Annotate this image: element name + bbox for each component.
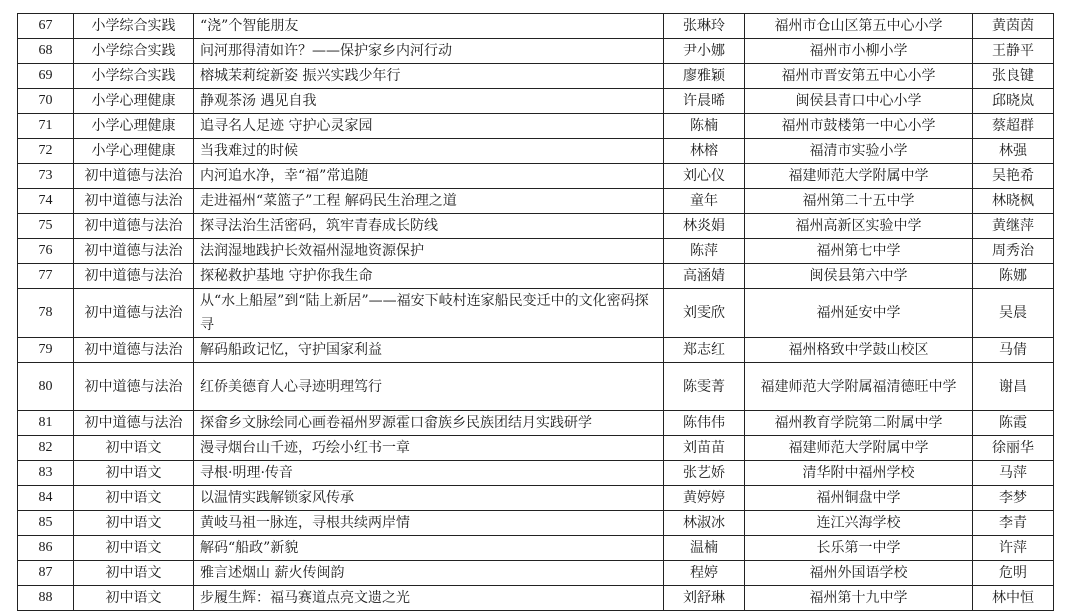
cell-subject: 初中语文	[74, 586, 194, 611]
cell-title: 以温情实践解锁家风传承	[194, 486, 664, 511]
cell-mentor: 王静平	[973, 39, 1054, 64]
table-row: 77 初中道德与法治 探秘救护基地 守护你我生命 高涵婧 闽侯县第六中学 陈娜	[18, 264, 1054, 289]
cell-author: 刘舒琳	[664, 586, 745, 611]
cell-author: 刘心仪	[664, 164, 745, 189]
cell-mentor: 黄继萍	[973, 214, 1054, 239]
cell-author: 陈雯菁	[664, 363, 745, 411]
cell-title: 探秘救护基地 守护你我生命	[194, 264, 664, 289]
cell-subject: 初中道德与法治	[74, 363, 194, 411]
cell-number: 82	[18, 436, 74, 461]
cell-author: 林淑冰	[664, 511, 745, 536]
cell-number: 71	[18, 114, 74, 139]
table-row: 73 初中道德与法治 内河追水净，幸“福”常追随 刘心仪 福建师范大学附属中学 …	[18, 164, 1054, 189]
cell-author: 童年	[664, 189, 745, 214]
cell-author: 陈萍	[664, 239, 745, 264]
cell-mentor: 林晓枫	[973, 189, 1054, 214]
cell-title: 内河追水净，幸“福”常追随	[194, 164, 664, 189]
table-row: 85 初中语文 黄岐马祖一脉连，寻根共续两岸情 林淑冰 连江兴海学校 李青	[18, 511, 1054, 536]
table-row: 87 初中语文 雅言述烟山 薪火传闽韵 程婷 福州外国语学校 危明	[18, 561, 1054, 586]
table-row: 79 初中道德与法治 解码船政记忆，守护国家利益 郑志红 福州格致中学鼓山校区 …	[18, 338, 1054, 363]
table-row: 76 初中道德与法治 法润湿地践护长效福州湿地资源保护 陈萍 福州第七中学 周秀…	[18, 239, 1054, 264]
table-row: 83 初中语文 寻根·明理·传音 张艺娇 清华附中福州学校 马萍	[18, 461, 1054, 486]
cell-author: 温楠	[664, 536, 745, 561]
cell-school: 福州格致中学鼓山校区	[745, 338, 973, 363]
cell-number: 75	[18, 214, 74, 239]
cell-title: 漫寻烟台山千迹，巧绘小红书一章	[194, 436, 664, 461]
cell-title: 问河那得清如许？——保护家乡内河行动	[194, 39, 664, 64]
cell-number: 80	[18, 363, 74, 411]
cell-title: 静观茶汤 遇见自我	[194, 89, 664, 114]
cell-mentor: 林强	[973, 139, 1054, 164]
cell-school: 福州市鼓楼第一中心小学	[745, 114, 973, 139]
cell-mentor: 黄茵茵	[973, 14, 1054, 39]
cell-school: 福州延安中学	[745, 289, 973, 338]
cell-school: 福建师范大学附属中学	[745, 164, 973, 189]
cell-subject: 初中道德与法治	[74, 239, 194, 264]
cell-subject: 初中道德与法治	[74, 214, 194, 239]
cell-title: 追寻名人足迹 守护心灵家园	[194, 114, 664, 139]
cell-title: 解码“船政”新貌	[194, 536, 664, 561]
table-row: 74 初中道德与法治 走进福州“菜篮子”工程 解码民生治理之道 童年 福州第二十…	[18, 189, 1054, 214]
cell-school: 福州市仓山区第五中心小学	[745, 14, 973, 39]
cell-number: 72	[18, 139, 74, 164]
cell-school: 清华附中福州学校	[745, 461, 973, 486]
table-row: 72 小学心理健康 当我难过的时候 林榕 福清市实验小学 林强	[18, 139, 1054, 164]
cell-number: 70	[18, 89, 74, 114]
cell-author: 刘雯欣	[664, 289, 745, 338]
cell-author: 程婷	[664, 561, 745, 586]
cell-subject: 小学心理健康	[74, 139, 194, 164]
cell-school: 福州市晋安第五中心小学	[745, 64, 973, 89]
table-row: 71 小学心理健康 追寻名人足迹 守护心灵家园 陈楠 福州市鼓楼第一中心小学 蔡…	[18, 114, 1054, 139]
cell-subject: 小学综合实践	[74, 14, 194, 39]
cell-author: 林榕	[664, 139, 745, 164]
cell-school: 福建师范大学附属福清德旺中学	[745, 363, 973, 411]
table-row: 69 小学综合实践 榕城茉莉绽新姿 振兴实践少年行 廖雅颖 福州市晋安第五中心小…	[18, 64, 1054, 89]
cell-author: 尹小娜	[664, 39, 745, 64]
cell-mentor: 蔡超群	[973, 114, 1054, 139]
cell-subject: 初中道德与法治	[74, 264, 194, 289]
cell-mentor: 吴晨	[973, 289, 1054, 338]
cell-author: 刘苗苗	[664, 436, 745, 461]
cell-number: 84	[18, 486, 74, 511]
cell-subject: 初中语文	[74, 486, 194, 511]
cell-mentor: 吴艳希	[973, 164, 1054, 189]
cell-mentor: 邱晓岚	[973, 89, 1054, 114]
cell-subject: 初中语文	[74, 461, 194, 486]
table-row: 88 初中语文 步履生辉：福马赛道点亮文遗之光 刘舒琳 福州第十九中学 林中恒	[18, 586, 1054, 611]
cell-title: “浇”个智能朋友	[194, 14, 664, 39]
cell-mentor: 陈霞	[973, 411, 1054, 436]
cell-mentor: 李梦	[973, 486, 1054, 511]
cell-mentor: 危明	[973, 561, 1054, 586]
cell-number: 87	[18, 561, 74, 586]
cell-school: 福建师范大学附属中学	[745, 436, 973, 461]
cell-title: 榕城茉莉绽新姿 振兴实践少年行	[194, 64, 664, 89]
cell-title: 从“水上船屋”到“陆上新居”——福安下岐村连家船民变迁中的文化密码探寻	[194, 289, 664, 338]
table-row: 82 初中语文 漫寻烟台山千迹，巧绘小红书一章 刘苗苗 福建师范大学附属中学 徐…	[18, 436, 1054, 461]
cell-author: 廖雅颖	[664, 64, 745, 89]
cell-subject: 小学综合实践	[74, 39, 194, 64]
cell-subject: 初中语文	[74, 536, 194, 561]
cell-number: 79	[18, 338, 74, 363]
cell-mentor: 许萍	[973, 536, 1054, 561]
cell-author: 张艺娇	[664, 461, 745, 486]
cell-school: 福清市实验小学	[745, 139, 973, 164]
cell-author: 黄婷婷	[664, 486, 745, 511]
cell-school: 福州铜盘中学	[745, 486, 973, 511]
cell-author: 郑志红	[664, 338, 745, 363]
cell-number: 85	[18, 511, 74, 536]
cell-number: 83	[18, 461, 74, 486]
cell-number: 73	[18, 164, 74, 189]
cell-title: 雅言述烟山 薪火传闽韵	[194, 561, 664, 586]
cell-mentor: 周秀治	[973, 239, 1054, 264]
cell-school: 连江兴海学校	[745, 511, 973, 536]
cell-subject: 小学心理健康	[74, 89, 194, 114]
table-row: 70 小学心理健康 静观茶汤 遇见自我 许晨晞 闽侯县青口中心小学 邱晓岚	[18, 89, 1054, 114]
table-row: 68 小学综合实践 问河那得清如许？——保护家乡内河行动 尹小娜 福州市小柳小学…	[18, 39, 1054, 64]
cell-title: 步履生辉：福马赛道点亮文遗之光	[194, 586, 664, 611]
cell-title: 寻根·明理·传音	[194, 461, 664, 486]
cell-number: 78	[18, 289, 74, 338]
cell-number: 88	[18, 586, 74, 611]
cell-number: 67	[18, 14, 74, 39]
cell-mentor: 马萍	[973, 461, 1054, 486]
cell-subject: 小学心理健康	[74, 114, 194, 139]
cell-mentor: 林中恒	[973, 586, 1054, 611]
cell-mentor: 陈娜	[973, 264, 1054, 289]
table-row: 84 初中语文 以温情实践解锁家风传承 黄婷婷 福州铜盘中学 李梦	[18, 486, 1054, 511]
cell-subject: 初中语文	[74, 511, 194, 536]
table-row: 81 初中道德与法治 探畲乡文脉绘同心画卷福州罗源霍口畲族乡民族团结月实践研学 …	[18, 411, 1054, 436]
cell-subject: 初中语文	[74, 561, 194, 586]
cell-school: 福州市小柳小学	[745, 39, 973, 64]
cell-subject: 小学综合实践	[74, 64, 194, 89]
cell-subject: 初中道德与法治	[74, 338, 194, 363]
cell-author: 张琳玲	[664, 14, 745, 39]
results-table: 67 小学综合实践 “浇”个智能朋友 张琳玲 福州市仓山区第五中心小学 黄茵茵 …	[17, 13, 1054, 611]
cell-author: 林炎娟	[664, 214, 745, 239]
table-row: 75 初中道德与法治 探寻法治生活密码，筑牢青春成长防线 林炎娟 福州高新区实验…	[18, 214, 1054, 239]
cell-school: 福州第二十五中学	[745, 189, 973, 214]
table-row: 86 初中语文 解码“船政”新貌 温楠 长乐第一中学 许萍	[18, 536, 1054, 561]
cell-mentor: 马倩	[973, 338, 1054, 363]
cell-subject: 初中道德与法治	[74, 289, 194, 338]
cell-author: 陈楠	[664, 114, 745, 139]
cell-school: 闽侯县第六中学	[745, 264, 973, 289]
cell-number: 77	[18, 264, 74, 289]
cell-title: 走进福州“菜篮子”工程 解码民生治理之道	[194, 189, 664, 214]
cell-school: 福州教育学院第二附属中学	[745, 411, 973, 436]
cell-mentor: 李青	[973, 511, 1054, 536]
cell-school: 福州外国语学校	[745, 561, 973, 586]
cell-author: 许晨晞	[664, 89, 745, 114]
cell-number: 86	[18, 536, 74, 561]
cell-title: 解码船政记忆，守护国家利益	[194, 338, 664, 363]
table-body: 67 小学综合实践 “浇”个智能朋友 张琳玲 福州市仓山区第五中心小学 黄茵茵 …	[18, 14, 1054, 611]
cell-number: 74	[18, 189, 74, 214]
cell-subject: 初中道德与法治	[74, 411, 194, 436]
table-row: 67 小学综合实践 “浇”个智能朋友 张琳玲 福州市仓山区第五中心小学 黄茵茵	[18, 14, 1054, 39]
cell-subject: 初中语文	[74, 436, 194, 461]
cell-school: 闽侯县青口中心小学	[745, 89, 973, 114]
cell-subject: 初中道德与法治	[74, 164, 194, 189]
cell-number: 76	[18, 239, 74, 264]
cell-school: 福州第七中学	[745, 239, 973, 264]
cell-number: 68	[18, 39, 74, 64]
cell-school: 福州第十九中学	[745, 586, 973, 611]
cell-school: 长乐第一中学	[745, 536, 973, 561]
cell-title: 探寻法治生活密码，筑牢青春成长防线	[194, 214, 664, 239]
cell-mentor: 张良键	[973, 64, 1054, 89]
cell-number: 81	[18, 411, 74, 436]
cell-title: 红侨美德育人心寻迹明理笃行	[194, 363, 664, 411]
table-row: 80 初中道德与法治 红侨美德育人心寻迹明理笃行 陈雯菁 福建师范大学附属福清德…	[18, 363, 1054, 411]
table-row: 78 初中道德与法治 从“水上船屋”到“陆上新居”——福安下岐村连家船民变迁中的…	[18, 289, 1054, 338]
cell-author: 陈伟伟	[664, 411, 745, 436]
cell-number: 69	[18, 64, 74, 89]
cell-title: 黄岐马祖一脉连，寻根共续两岸情	[194, 511, 664, 536]
cell-author: 高涵婧	[664, 264, 745, 289]
cell-mentor: 徐丽华	[973, 436, 1054, 461]
cell-school: 福州高新区实验中学	[745, 214, 973, 239]
cell-title: 当我难过的时候	[194, 139, 664, 164]
cell-mentor: 谢昌	[973, 363, 1054, 411]
cell-title: 法润湿地践护长效福州湿地资源保护	[194, 239, 664, 264]
cell-subject: 初中道德与法治	[74, 189, 194, 214]
cell-title: 探畲乡文脉绘同心画卷福州罗源霍口畲族乡民族团结月实践研学	[194, 411, 664, 436]
